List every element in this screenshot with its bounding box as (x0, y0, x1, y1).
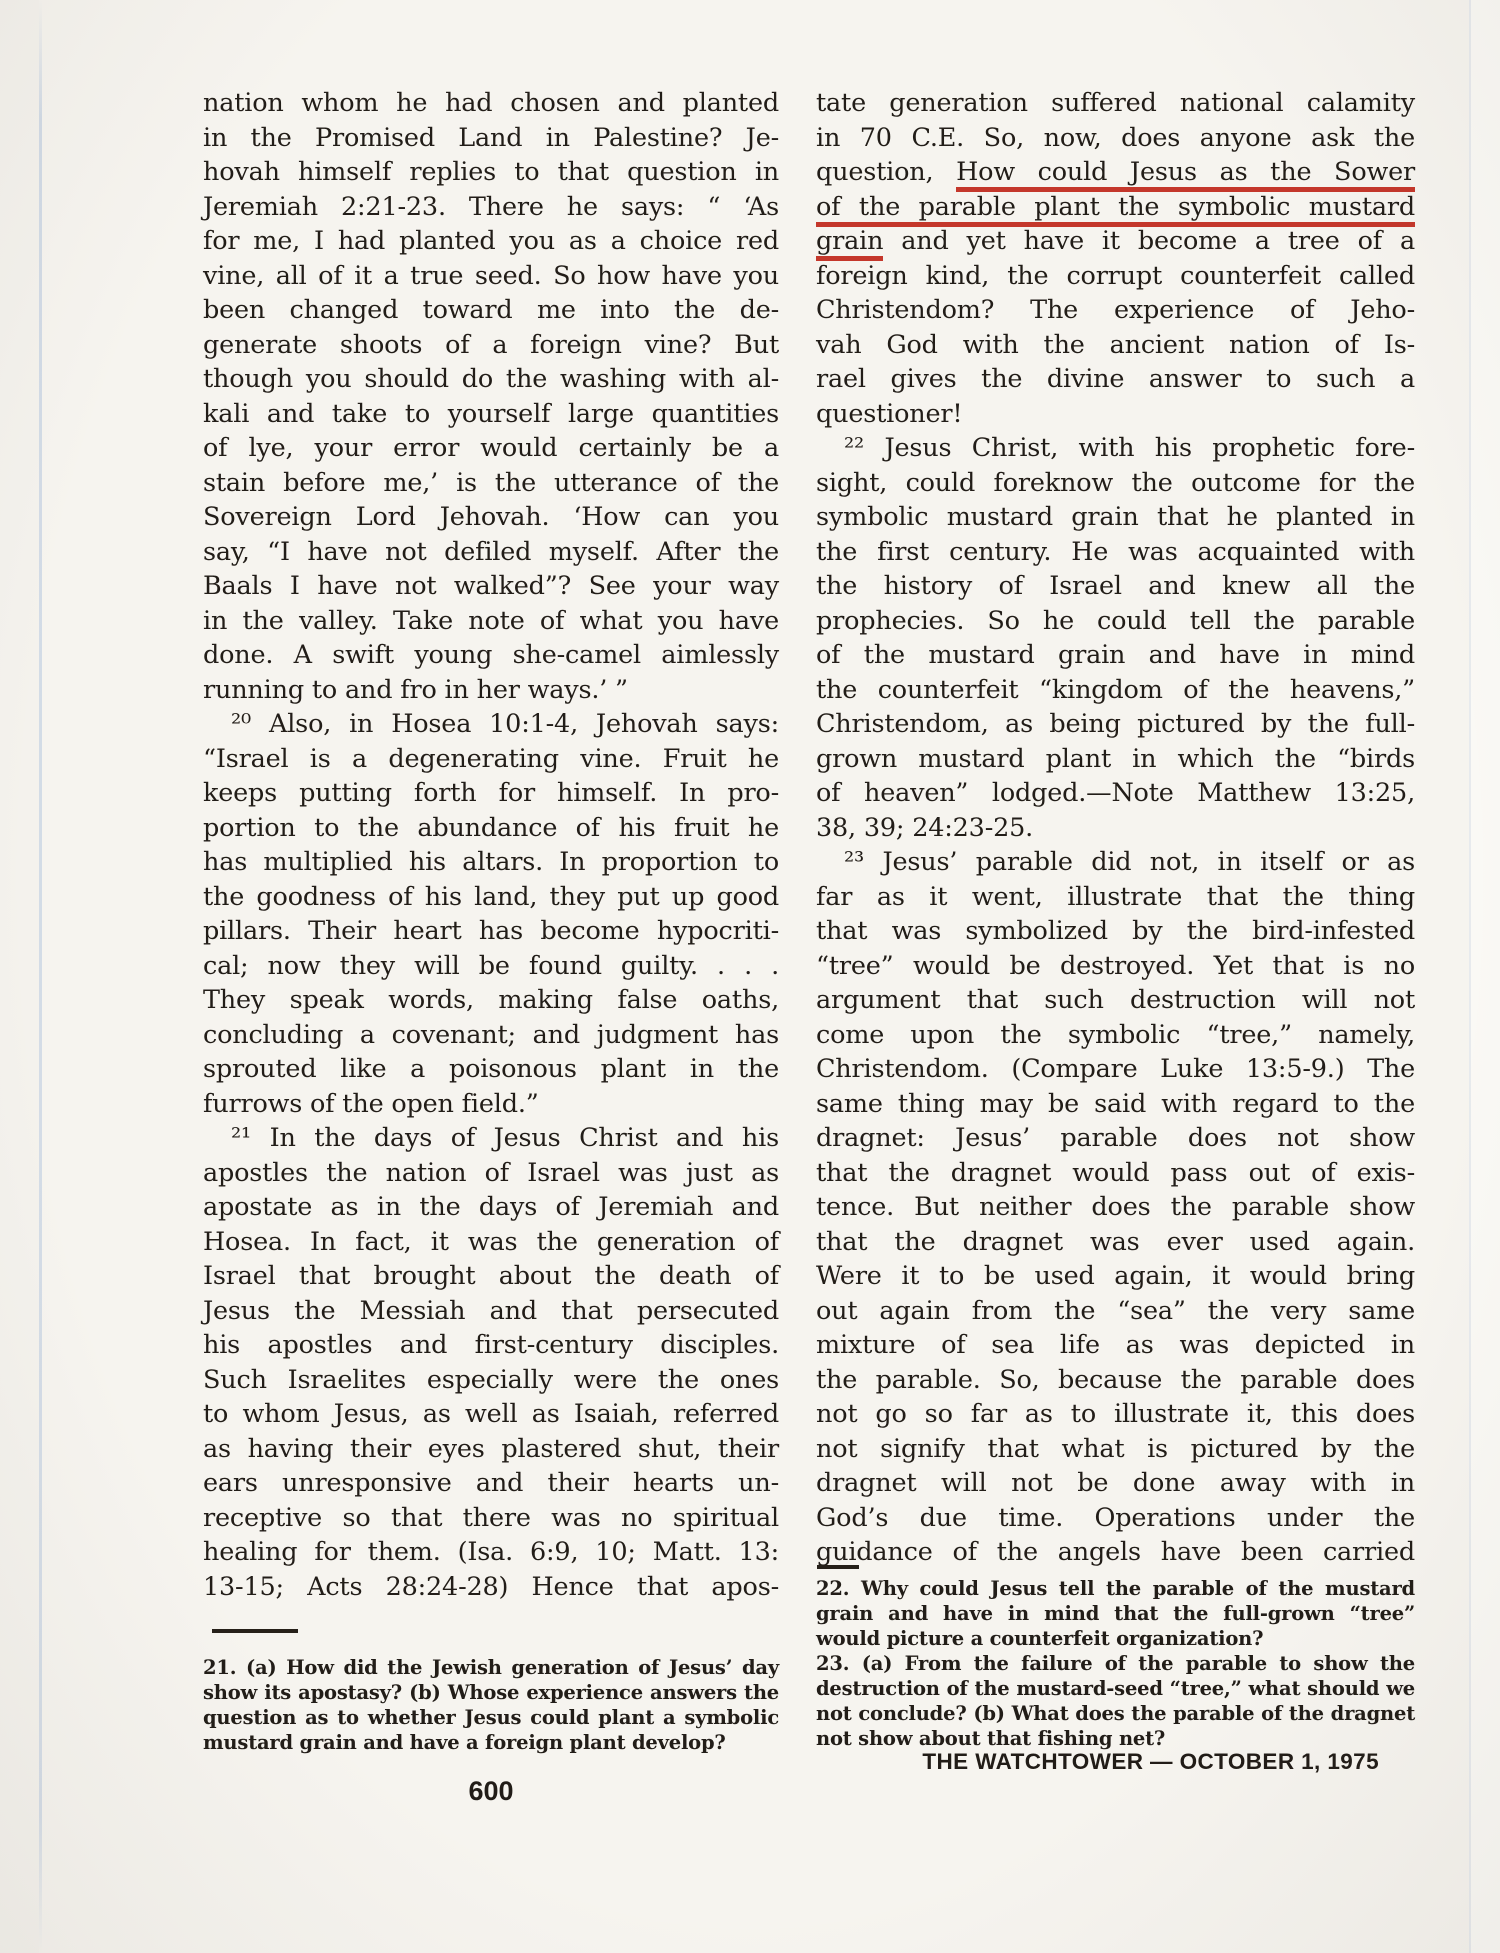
text-line: would picture a counterfeit organization… (816, 1626, 1415, 1651)
right-column-body: tate generation suffered national calami… (816, 86, 1415, 1570)
text-line: Jesus the Messiah and that persecuted (203, 1294, 779, 1329)
footnote-separator-right (817, 1565, 859, 1569)
text-line: “Israel is a degenerating vine. Fruit he (203, 742, 779, 777)
text-line: question, How could Jesus as the Sower (816, 155, 1415, 190)
page-edge-line (39, 0, 42, 1953)
text-line: 22. Why could Jesus tell the parable of … (816, 1576, 1415, 1601)
text-line: in the Promised Land in Palestine? Je- (203, 121, 779, 156)
text-line: question as to whether Jesus could plant… (203, 1705, 779, 1730)
text-line: God’s due time. Operations under the (816, 1501, 1415, 1536)
text-line: rael gives the divine answer to such a (816, 362, 1415, 397)
text-line: running to and fro in her ways.’ ” (203, 673, 779, 708)
text-line: 13-15; Acts 28:24-28) Hence that apos- (203, 1570, 779, 1605)
text-line: ²¹ In the days of Jesus Christ and his (203, 1121, 779, 1156)
text-line: hovah himself replies to that question i… (203, 155, 779, 190)
text-line: receptive so that there was no spiritual (203, 1501, 779, 1536)
text-line: that the dragnet was ever used again. (816, 1225, 1415, 1260)
text-line: 23. (a) From the failure of the parable … (816, 1651, 1415, 1676)
text-line: furrows of the open field.” (203, 1087, 779, 1122)
text-line: tence. But neither does the parable show (816, 1190, 1415, 1225)
text-line: ears unresponsive and their hearts un- (203, 1466, 779, 1501)
text-line: same thing may be said with regard to th… (816, 1087, 1415, 1122)
text-line: done. A swift young she-camel aimlessly (203, 638, 779, 673)
text-line: stain before me,’ is the utterance of th… (203, 466, 779, 501)
text-line: Israel that brought about the death of (203, 1259, 779, 1294)
text-line: come upon the symbolic “tree,” namely, (816, 1018, 1415, 1053)
text-line: far as it went, illustrate that the thin… (816, 880, 1415, 915)
text-line: that the dragnet would pass out of exis- (816, 1156, 1415, 1191)
text-line: grain and yet have it become a tree of a (816, 224, 1415, 259)
text-line: mixture of sea life as was depicted in (816, 1328, 1415, 1363)
text-line: the first century. He was acquainted wit… (816, 535, 1415, 570)
text-line: has multiplied his altars. In proportion… (203, 845, 779, 880)
text-line: though you should do the washing with al… (203, 362, 779, 397)
text-line: 21. (a) How did the Jewish generation of… (203, 1655, 779, 1680)
text-line: the parable. So, because the parable doe… (816, 1363, 1415, 1398)
text-line: symbolic mustard grain that he planted i… (816, 500, 1415, 535)
text-line: of heaven” lodged.—Note Matthew 13:25, (816, 776, 1415, 811)
text-line: Were it to be used again, it would bring (816, 1259, 1415, 1294)
text-line: the history of Israel and knew all the (816, 569, 1415, 604)
page-number: 600 (203, 1776, 779, 1807)
red-underline-highlight: of the parable plant the symbolic mustar… (816, 192, 1415, 227)
text-line: apostles the nation of Israel was just a… (203, 1156, 779, 1191)
text-line: healing for them. (Isa. 6:9, 10; Matt. 1… (203, 1535, 779, 1570)
text-line: “tree” would be destroyed. Yet that is n… (816, 949, 1415, 984)
journal-footer: THE WATCHTOWER — OCTOBER 1, 1975 (816, 1749, 1379, 1775)
text-line: in 70 C.E. So, now, does anyone ask the (816, 121, 1415, 156)
text-line: show its apostasy? (b) Whose experience … (203, 1680, 779, 1705)
magazine-page-scan: nation whom he had chosen and plantedin … (0, 0, 1500, 1953)
text-line: argument that such destruction will not (816, 983, 1415, 1018)
text-line: that was symbolized by the bird-infested (816, 914, 1415, 949)
text-line: Christendom, as being pictured by the fu… (816, 707, 1415, 742)
scan-left-margin (0, 0, 39, 1953)
text-line: of the parable plant the symbolic mustar… (816, 190, 1415, 225)
text-line: to whom Jesus, as well as Isaiah, referr… (203, 1397, 779, 1432)
text-line: vah God with the ancient nation of Is- (816, 328, 1415, 363)
text-line: not conclude? (b) What does the parable … (816, 1701, 1415, 1726)
red-underline-highlight: How could Jesus as the Sower (956, 157, 1415, 192)
text-line: kali and take to yourself large quantiti… (203, 397, 779, 432)
text-line: Baals I have not walked”? See your way (203, 569, 779, 604)
text-line: foreign kind, the corrupt counterfeit ca… (816, 259, 1415, 294)
text-line: Such Israelites especially were the ones (203, 1363, 779, 1398)
text-line: out again from the “sea” the very same (816, 1294, 1415, 1329)
text-line: portion to the abundance of his fruit he (203, 811, 779, 846)
text-line: in the valley. Take note of what you hav… (203, 604, 779, 639)
text-line: Jeremiah 2:21-23. There he says: “ ‘As (203, 190, 779, 225)
text-line: of the mustard grain and have in mind (816, 638, 1415, 673)
left-column-footnotes: 21. (a) How did the Jewish generation of… (203, 1655, 779, 1755)
text-line: Christendom? The experience of Jeho- (816, 293, 1415, 328)
text-line: guidance of the angels have been carried (816, 1535, 1415, 1570)
text-line: grown mustard plant in which the “birds (816, 742, 1415, 777)
text-line: ²⁰ Also, in Hosea 10:1-4, Jehovah says: (203, 707, 779, 742)
footnote-separator-left (212, 1629, 298, 1633)
text-line: grain and have in mind that the full-gro… (816, 1601, 1415, 1626)
text-line: questioner! (816, 397, 1415, 432)
text-line: vine, all of it a true seed. So how have… (203, 259, 779, 294)
text-line: of lye, your error would certainly be a (203, 431, 779, 466)
text-line: ²³ Jesus’ parable did not, in itself or … (816, 845, 1415, 880)
scan-right-margin (1469, 0, 1500, 1953)
text-line: concluding a covenant; and judgment has (203, 1018, 779, 1053)
text-line: for me, I had planted you as a choice re… (203, 224, 779, 259)
text-line: 38, 39; 24:23-25. (816, 811, 1415, 846)
text-line: apostate as in the days of Jeremiah and (203, 1190, 779, 1225)
text-line: Christendom. (Compare Luke 13:5-9.) The (816, 1052, 1415, 1087)
text-line: the counterfeit “kingdom of the heavens,… (816, 673, 1415, 708)
text-line: sprouted like a poisonous plant in the (203, 1052, 779, 1087)
text-line: pillars. Their heart has become hypocrit… (203, 914, 779, 949)
text-line: prophecies. So he could tell the parable (816, 604, 1415, 639)
text-line: not show about that fishing net? (816, 1726, 1415, 1751)
text-line: keeps putting forth for himself. In pro- (203, 776, 779, 811)
text-line: been changed toward me into the de- (203, 293, 779, 328)
text-line: Hosea. In fact, it was the generation of (203, 1225, 779, 1260)
text-line: tate generation suffered national calami… (816, 86, 1415, 121)
text-line: dragnet: Jesus’ parable does not show (816, 1121, 1415, 1156)
text-line: cal; now they will be found guilty. . . … (203, 949, 779, 984)
text-line: as having their eyes plastered shut, the… (203, 1432, 779, 1467)
text-line: sight, could foreknow the outcome for th… (816, 466, 1415, 501)
right-column-footnotes: 22. Why could Jesus tell the parable of … (816, 1576, 1415, 1751)
text-line: dragnet will not be done away with in (816, 1466, 1415, 1501)
text-line: They speak words, making false oaths, (203, 983, 779, 1018)
text-line: the goodness of his land, they put up go… (203, 880, 779, 915)
text-line: Sovereign Lord Jehovah. ‘How can you (203, 500, 779, 535)
text-line: destruction of the mustard-seed “tree,” … (816, 1676, 1415, 1701)
text-line: mustard grain and have a foreign plant d… (203, 1730, 779, 1755)
left-column-body: nation whom he had chosen and plantedin … (203, 86, 779, 1604)
text-line: not signify that what is pictured by the (816, 1432, 1415, 1467)
text-line: his apostles and first-century disciples… (203, 1328, 779, 1363)
text-line: not go so far as to illustrate it, this … (816, 1397, 1415, 1432)
text-line: say, “I have not defiled myself. After t… (203, 535, 779, 570)
red-underline-highlight: grain (816, 226, 883, 261)
text-line: generate shoots of a foreign vine? But (203, 328, 779, 363)
text-line: nation whom he had chosen and planted (203, 86, 779, 121)
text-line: ²² Jesus Christ, with his prophetic fore… (816, 431, 1415, 466)
